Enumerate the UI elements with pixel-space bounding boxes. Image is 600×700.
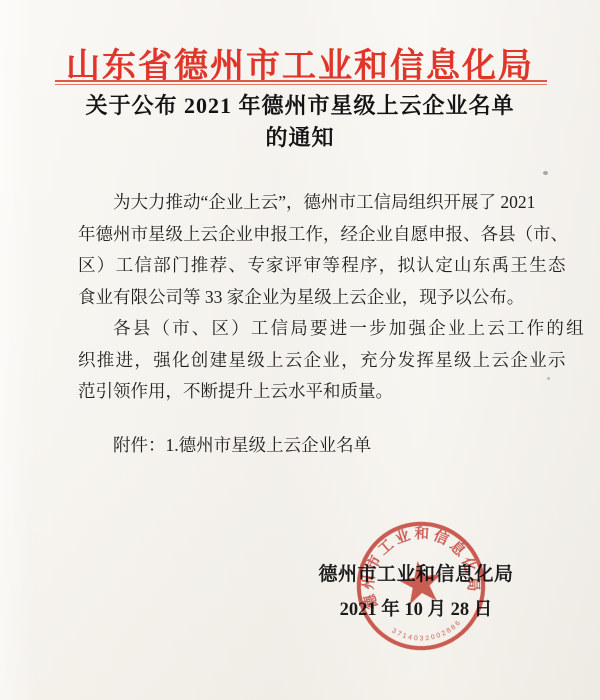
seal-serial-number: 3714032002886 bbox=[390, 618, 466, 647]
seal-star-icon bbox=[396, 558, 446, 606]
body-text-line: 范引领作用，不断提升上云水平和质量。 bbox=[78, 376, 568, 408]
document-title-line-2: 的通知 bbox=[0, 122, 600, 154]
attachment-line: 附件：1.德州市星级上云企业名单 bbox=[78, 430, 568, 462]
body-text-line: 年德州市星级上云企业申报工作，经企业自愿申报、各县（市、 bbox=[78, 219, 568, 251]
scan-speck bbox=[543, 171, 548, 175]
body-text-line: 织推进，强化创建星级上云企业，充分发挥星级上云企业示 bbox=[78, 345, 568, 377]
scanned-notice-document: 山东省德州市工业和信息化局 关于公布 2021 年德州市星级上云企业名单 的通知… bbox=[0, 0, 600, 700]
body-text-line: 食业有限公司等 33 家企业为星级上云企业，现予以公布。 bbox=[78, 282, 568, 314]
document-title: 关于公布 2021 年德州市星级上云企业名单 的通知 bbox=[0, 90, 600, 153]
body-text-line: 区）工信部门推荐、专家评审等程序，拟认定山东禹王生态 bbox=[78, 250, 568, 282]
document-body: 为大力推动“企业上云”，德州市工信局组织开展了 2021 年德州市星级上云企业申… bbox=[78, 187, 568, 461]
scan-speck bbox=[547, 377, 550, 380]
body-text-line: 各县（市、区）工信局要进一步加强企业上云工作的组 bbox=[78, 313, 568, 345]
official-seal: 德州市工业和信息化局 3714032002886 bbox=[344, 509, 498, 663]
body-text-line: 为大力推动“企业上云”，德州市工信局组织开展了 2021 bbox=[78, 187, 568, 219]
masthead-divider bbox=[55, 80, 547, 85]
document-title-line-1: 关于公布 2021 年德州市星级上云企业名单 bbox=[0, 90, 600, 122]
